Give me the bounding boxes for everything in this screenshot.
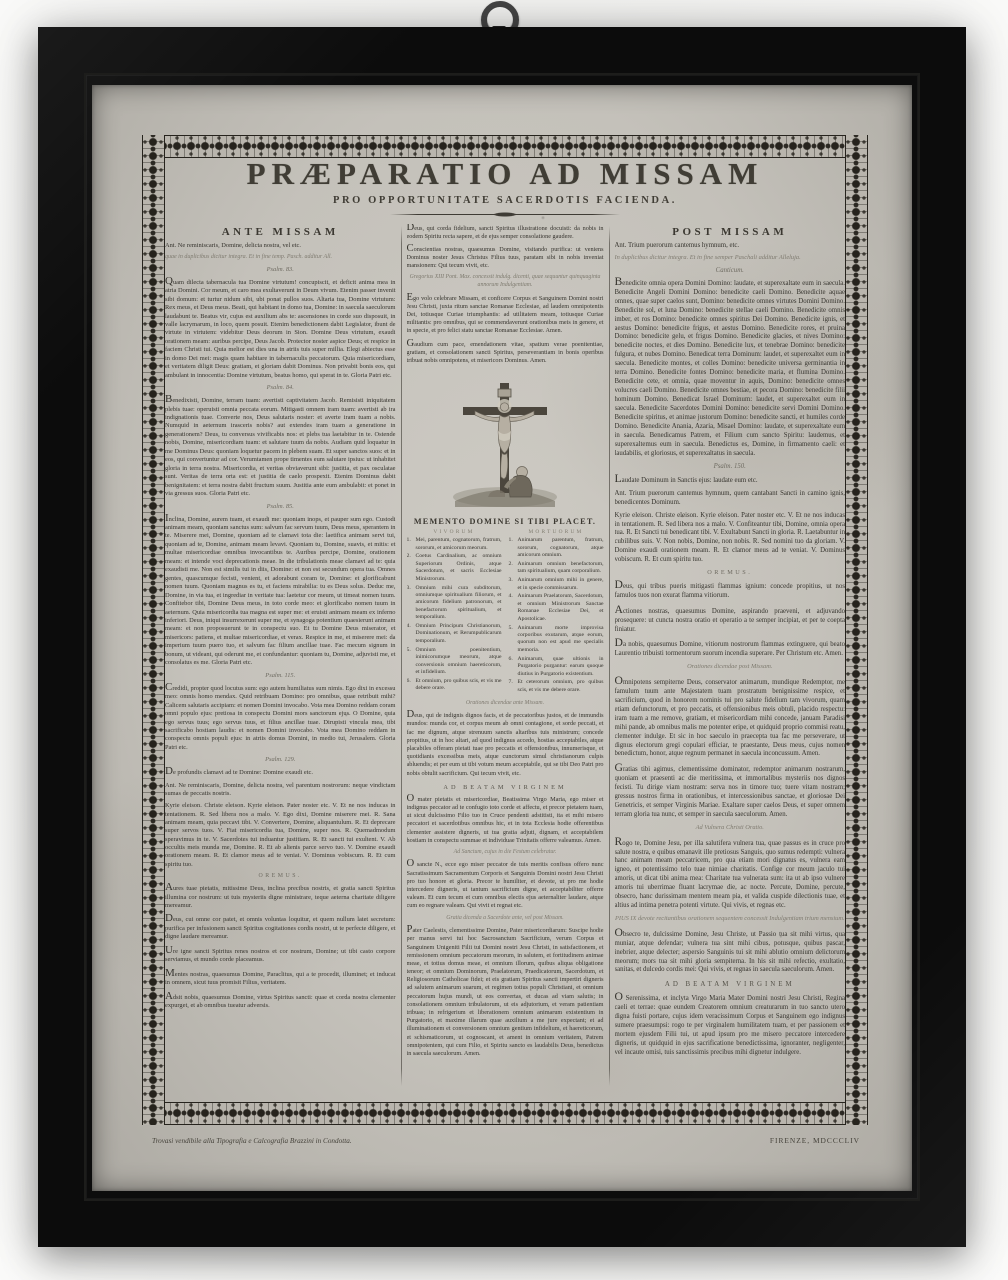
rubric: Gregorius XIII Pont. Max. concessit indu… (407, 274, 604, 289)
prayer-paragraph: Da nobis, quaesumus Domine, vitiorum nos… (615, 638, 846, 659)
prayer-paragraph: Deus, qui corda fidelium, sancti Spiritu… (407, 224, 604, 241)
memento-item-number: 5. (509, 625, 518, 655)
psalm-number: Psalm. 150. (615, 463, 846, 470)
memento-item: 6.Et omnium, pro quibus scis, et vis me … (407, 678, 502, 693)
prayer-paragraph: Benedicite omnia opera Domini Domino: la… (615, 277, 846, 459)
psalm-number: Psalm. 83. (165, 266, 396, 273)
memento-item-text: Animarum omnium mihi in genere, et in sp… (518, 577, 604, 592)
prayer-paragraph: Credidi, propter quod locutus sum: ego a… (165, 683, 396, 753)
memento-item-text: Omnium Principum Christianorum, Dominati… (416, 623, 502, 645)
memento-item-number: 4. (407, 623, 416, 645)
rubric: Gratia dicenda a Sacerdote ante, vel pos… (407, 915, 604, 923)
place-and-date: FIRENZE, MDCCCLIV (770, 1136, 860, 1145)
prayer-paragraph: O sancte N., ecce ego miser peccator de … (407, 860, 604, 910)
prayer-paragraph: Quam dilecta tabernacula tua Domine virt… (165, 277, 396, 380)
memento-item: 3.Omnium mihi cura subditorum, omniumque… (407, 585, 502, 622)
prayer-paragraph: Benedixisti, Domine, terram tuam: averti… (165, 395, 396, 498)
memento-item-text: Omnium mihi cura subditorum, omniumque s… (416, 585, 502, 622)
memento-item-number: 5. (407, 647, 416, 677)
rubric: Orationes dicendae post Missam. (615, 663, 846, 671)
memento-item-text: Animarum omnium benefactorum, tam spirit… (518, 561, 604, 576)
memento-item: 4.Omnium Principum Christianorum, Domina… (407, 623, 502, 645)
memento-section: MEMENTO DOMINE SI TIBI PLACET.VIVORUM1.M… (407, 517, 604, 696)
rubric: Orationes dicendae ante Missam. (407, 700, 604, 708)
prayer-paragraph: Gaudium cum pace, emendationem vitae, sp… (407, 340, 604, 366)
prayer-paragraph: Conscientias nostras, quaesumus Domine, … (407, 245, 604, 271)
paper-sheet: PRÆPARATIO AD MISSAM PRO OPPORTUNITATE S… (92, 85, 912, 1191)
page-title: PRÆPARATIO AD MISSAM (165, 158, 845, 191)
memento-heading: MEMENTO DOMINE SI TIBI PLACET. (407, 517, 604, 526)
antiphon: Ant. Ne reminiscaris, Domine, delicta no… (165, 782, 396, 799)
memento-list-mortuorum: MORTUORUM1.Animarum parentum, fratrum, s… (509, 529, 604, 696)
memento-list-header: MORTUORUM (509, 529, 604, 535)
memento-item: 5.Omnium poenitentium, inimicorumque meo… (407, 647, 502, 677)
memento-item-text: Animarum parentum, fratrum, sororum, cog… (518, 537, 604, 559)
document-header: PRÆPARATIO AD MISSAM PRO OPPORTUNITATE S… (165, 158, 845, 218)
column-heading: POST MISSAM (615, 226, 846, 238)
prayer-paragraph: O mater pietatis et misericordiae, Beati… (407, 795, 604, 845)
memento-item: 2.Coetus Cardinalium, ac omnium Superior… (407, 553, 502, 583)
column-ante-missam: ANTE MISSAMAnt. Ne reminiscaris, Domine,… (165, 224, 396, 1086)
antiphon: Ant. Ne reminiscaris, Domine, delicta no… (165, 242, 396, 250)
canticum-label: Canticum. (615, 267, 846, 274)
column-divider (401, 226, 402, 1086)
ornamental-border-top (142, 135, 868, 158)
memento-item: 7.Et ceterorum omnium, pro quibus scis, … (509, 679, 604, 694)
text-columns: ANTE MISSAMAnt. Ne reminiscaris, Domine,… (165, 224, 845, 1086)
ornamental-border-right (845, 135, 868, 1125)
rubric: Ad Vulnera Christi Oratio. (615, 824, 846, 832)
ornamental-border-left (142, 135, 165, 1125)
rubric: In duplicibus dicitur integra. Et in fin… (615, 254, 846, 262)
memento-item-text: Animarum morte improvisa corporibus exut… (518, 625, 604, 655)
prayer-paragraph: Rogo te, Domine Jesu, per illa salutifer… (615, 837, 846, 912)
prayer-paragraph: Adsit nobis, quaesumus Domine, virtus Sp… (165, 992, 396, 1011)
psalm-number: Psalm. 85. (165, 503, 396, 510)
picture-frame: PRÆPARATIO AD MISSAM PRO OPPORTUNITATE S… (38, 27, 966, 1247)
memento-list-header: VIVORUM (407, 529, 502, 535)
rubric: PIUS IX devote recitantibus orationem se… (615, 915, 846, 923)
ornamental-border-bottom (142, 1102, 868, 1125)
prayer-paragraph: Ego volo celebrare Missam, et conficere … (407, 294, 604, 336)
memento-item-text: Omnium poenitentium, inimicorumque meoru… (416, 647, 502, 677)
prayer-paragraph: O Serenissima, et inclyta Virgo Maria Ma… (615, 992, 846, 1058)
section-heading: AD BEATAM VIRGINEM (615, 981, 846, 988)
page-subtitle: PRO OPPORTUNITATE SACERDOTIS FACIENDA. (165, 195, 845, 206)
oremus-heading: OREMUS. (615, 569, 846, 576)
rubric: Ad Sanctum, cujus in die Festum celebrat… (407, 849, 604, 857)
memento-item-number: 2. (509, 561, 518, 576)
printed-broadside: PRÆPARATIO AD MISSAM PRO OPPORTUNITATE S… (142, 135, 868, 1125)
photo-background: PRÆPARATIO AD MISSAM PRO OPPORTUNITATE S… (0, 0, 1008, 1280)
memento-item-number: 3. (407, 585, 416, 622)
memento-item-text: Coetus Cardinalium, ac omnium Superiorum… (416, 553, 502, 583)
prayer-paragraph: Ure igne sancti Spiritus renes nostros e… (165, 946, 396, 965)
colophon: Trovasi vendibile alla Tipografia e Calc… (152, 1136, 860, 1145)
prayer-paragraph: Pater Caelestis, clementissime Domine, P… (407, 926, 604, 1058)
memento-item-text: Animarum, quae ultionis in Purgatorio pu… (518, 656, 604, 678)
memento-item: 1.Mei, parentum, cognatorum, fratrum, so… (407, 537, 502, 552)
memento-item: 3.Animarum omnium mihi in genere, et in … (509, 577, 604, 592)
memento-item: 2.Animarum omnium benefactorum, tam spir… (509, 561, 604, 576)
column-center: Deus, qui corda fidelium, sancti Spiritu… (407, 224, 604, 1086)
psalm-number: Psalm. 129. (165, 756, 396, 763)
prayer-paragraph: Actiones nostras, quaesumus Domine, aspi… (615, 605, 846, 635)
title-ornament-rule (390, 211, 620, 218)
memento-item-text: Et ceterorum omnium, pro quibus scis, et… (518, 679, 604, 694)
versicles: Kyrie eleison. Christe eleison. Kyrie el… (165, 802, 396, 869)
memento-item-number: 6. (509, 656, 518, 678)
memento-item-number: 3. (509, 577, 518, 592)
memento-item: 6.Animarum, quae ultionis in Purgatorio … (509, 656, 604, 678)
prayer-paragraph: Aures tuae pietatis, mitissime Deus, inc… (165, 883, 396, 910)
prayer-paragraph: Deus, qui de indignis dignos facis, et d… (407, 711, 604, 778)
rubric: quae in duplicibus dicitur integra. Et i… (165, 254, 396, 262)
memento-item-text: Animarum Praelatorum, Sacerdotum, et omn… (518, 593, 604, 623)
psalm-number: Psalm. 84. (165, 384, 396, 391)
column-heading: ANTE MISSAM (165, 226, 396, 238)
memento-item-number: 4. (509, 593, 518, 623)
column-post-missam: POST MISSAMAnt. Trium puerorum cantemus … (615, 224, 846, 1086)
memento-item-text: Mei, parentum, cognatorum, fratrum, soro… (416, 537, 502, 552)
document-content: PRÆPARATIO AD MISSAM PRO OPPORTUNITATE S… (165, 158, 845, 1102)
prayer-paragraph: Deus, cui omne cor patet, et omnis volun… (165, 914, 396, 941)
memento-item-number: 2. (407, 553, 416, 583)
antiphon: Ant. Trium puerorum cantemus hymnum, que… (615, 490, 846, 508)
crucifixion-engraving (430, 369, 580, 511)
memento-item-text: Et omnium, pro quibus scis, et vis me de… (416, 678, 502, 693)
memento-item: 4.Animarum Praelatorum, Sacerdotum, et o… (509, 593, 604, 623)
prayer-paragraph: Omnipotens sempiterne Deus, conservator … (615, 676, 846, 760)
prayer-paragraph: Laudate Dominum in Sanctis ejus: laudate… (615, 474, 846, 486)
column-divider (609, 226, 610, 1086)
psalm-number: Psalm. 115. (165, 672, 396, 679)
prayer-paragraph: Gratias tibi agimus, clementissime domin… (615, 763, 846, 820)
publisher-imprint: Trovasi vendibile alla Tipografia e Calc… (152, 1137, 352, 1145)
memento-item-number: 6. (407, 678, 416, 693)
prayer-paragraph: Deus, qui tribus pueris mitigasti flamma… (615, 580, 846, 601)
antiphon: Ant. Trium puerorum cantemus hymnum, etc… (615, 242, 846, 251)
oremus-heading: OREMUS. (165, 873, 396, 879)
section-heading: AD BEATAM VIRGINEM (407, 784, 604, 791)
memento-item-number: 1. (509, 537, 518, 559)
prayer-paragraph: Obsecro te, dulcissime Domine, Jesu Chri… (615, 928, 846, 976)
memento-list-vivorum: VIVORUM1.Mei, parentum, cognatorum, frat… (407, 529, 502, 696)
versicles: Kyrie eleison. Christe eleison. Kyrie el… (615, 512, 846, 565)
memento-item-number: 1. (407, 537, 416, 552)
memento-item: 1.Animarum parentum, fratrum, sororum, c… (509, 537, 604, 559)
memento-item: 5.Animarum morte improvisa corporibus ex… (509, 625, 604, 655)
prayer-paragraph: Inclina, Domine, aurem tuam, et exaudi m… (165, 514, 396, 668)
prayer-paragraph: Mentes nostras, quaesumus Domine, Paracl… (165, 969, 396, 988)
prayer-paragraph: De profundis clamavi ad te Domine: Domin… (165, 767, 396, 777)
memento-item-number: 7. (509, 679, 518, 694)
